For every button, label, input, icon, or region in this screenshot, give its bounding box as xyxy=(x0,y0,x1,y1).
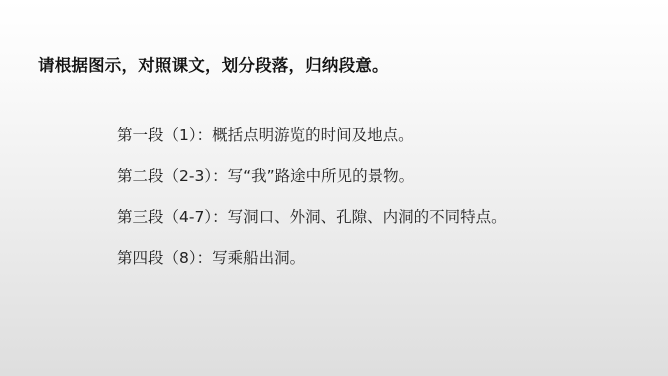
paragraph-item-3: 第三段（4-7）：写洞口、外洞、孔隙、内洞的不同特点。 xyxy=(117,206,507,247)
paragraph-item-1: 第一段（1）：概括点明游览的时间及地点。 xyxy=(117,124,507,165)
slide: 请根据图示，对照课文，划分段落，归纳段意。 第一段（1）：概括点明游览的时间及地… xyxy=(0,0,668,376)
slide-title: 请根据图示，对照课文，划分段落，归纳段意。 xyxy=(38,52,389,76)
paragraph-item-2: 第二段（2-3）：写“我”路途中所见的景物。 xyxy=(117,165,507,206)
paragraph-list: 第一段（1）：概括点明游览的时间及地点。 第二段（2-3）：写“我”路途中所见的… xyxy=(117,124,507,288)
paragraph-item-4: 第四段（8）：写乘船出洞。 xyxy=(117,247,507,288)
